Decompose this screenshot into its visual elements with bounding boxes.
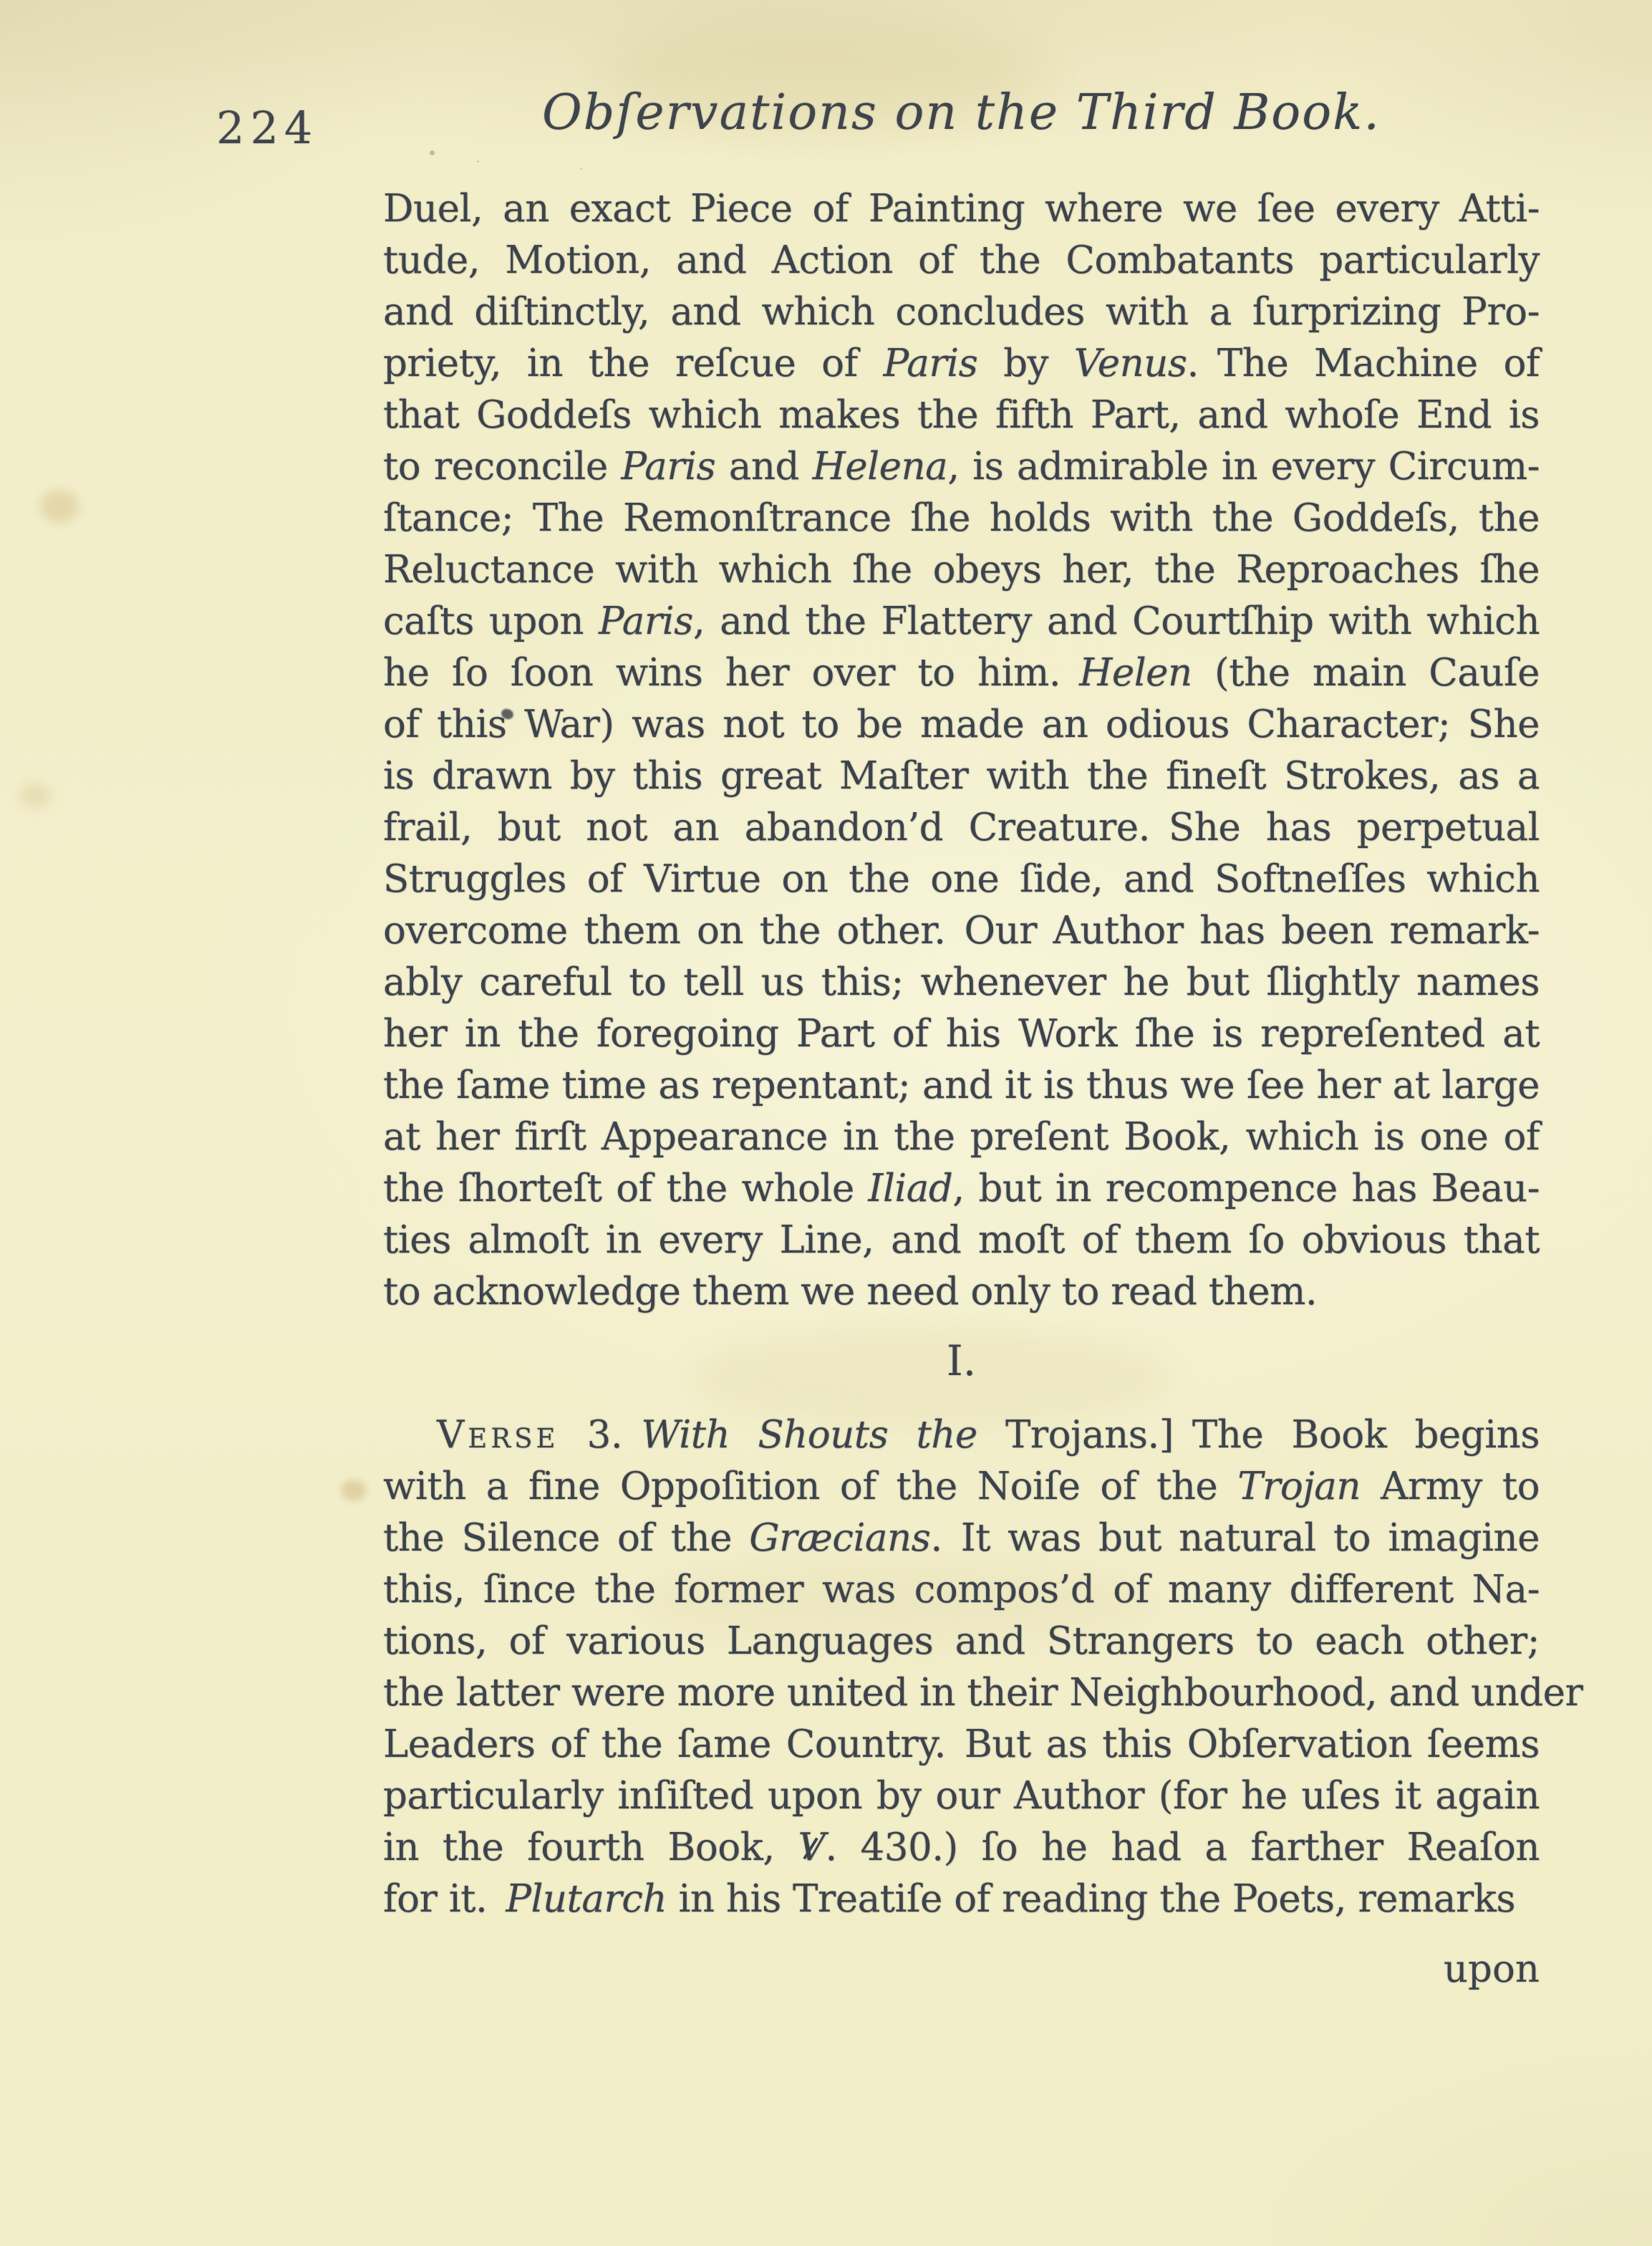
text-segment: to acknowledge them we need only to read… — [383, 1270, 1317, 1314]
text-line: to reconcile Paris and Helena, is admira… — [383, 441, 1540, 493]
text-line: particularly inſiſted upon by our Author… — [383, 1770, 1540, 1822]
text-segment: at her firſt Appearance in the preſent B… — [383, 1115, 1540, 1159]
italic-text: Helen — [1079, 651, 1192, 695]
text-segment: he ſo ſoon wins her over to him. — [383, 651, 1079, 695]
text-line: Struggles of Virtue on the one ſide, and… — [383, 854, 1540, 905]
foxing-spot — [341, 1480, 367, 1501]
italic-text: Paris — [621, 445, 715, 488]
text-line: priety, in the reſcue of Paris by Venus.… — [383, 338, 1540, 390]
italic-text: Græcians — [749, 1516, 930, 1560]
text-segment: is drawn by this great Maſter with the f… — [383, 754, 1540, 798]
scan-speckles — [430, 150, 435, 155]
text-segment: for it. — [383, 1877, 506, 1921]
text-segment: the Silence of the — [383, 1516, 749, 1560]
text-segment: caſts upon — [383, 599, 599, 643]
text-line: Leaders of the ſame Country. But as this… — [383, 1719, 1540, 1770]
text-line: is drawn by this great Maſter with the f… — [383, 751, 1540, 802]
text-segment: Leaders of the ſame Country. But as this… — [383, 1722, 1540, 1766]
text-segment: and — [715, 445, 812, 488]
small-caps-text: Verse — [437, 1413, 559, 1457]
text-segment: the ſame time as repentant; and it is th… — [383, 1064, 1540, 1107]
text-segment: to reconcile — [383, 445, 621, 488]
text-segment: . It was but natural to imagine — [930, 1516, 1540, 1560]
text-line: at her firſt Appearance in the preſent B… — [383, 1112, 1540, 1163]
text-line: that Goddeſs which makes the fifth Part,… — [383, 390, 1540, 441]
italic-text: Paris — [599, 599, 693, 643]
catchword-row: upon — [383, 1944, 1540, 1995]
text-segment: tude, Motion, and Action of the Combatan… — [383, 238, 1540, 282]
text-segment: priety, in the reſcue of — [383, 342, 883, 385]
text-line: Duel, an exact Piece of Painting where w… — [383, 183, 1540, 235]
text-segment: in his Treatiſe of reading the Poets, re… — [667, 1877, 1515, 1921]
text-segment: , but in recompence has Beau- — [952, 1167, 1540, 1210]
text-segment: with a fine Oppoſition of the Noiſe of t… — [383, 1465, 1237, 1508]
text-segment: (the main Cauſe — [1192, 651, 1540, 695]
text-segment: of this War) was not to be made an odiou… — [383, 703, 1540, 746]
text-line: her in the foregoing Part of his Work ſh… — [383, 1008, 1540, 1060]
text-segment: Trojans.] The Book begins — [1005, 1413, 1540, 1457]
text-line: overcome them on the other. Our Author h… — [383, 905, 1540, 957]
text-segment: the latter were more united in their Nei… — [383, 1671, 1583, 1715]
text-line: tions, of various Languages and Stranger… — [383, 1616, 1540, 1667]
text-line: frail, but not an abandon’d Creature. Sh… — [383, 802, 1540, 854]
italic-text: Paris — [883, 342, 977, 385]
text-segment: in the fourth Book, — [383, 1826, 798, 1869]
text-line: Reluctance with which ſhe obeys her, the… — [383, 544, 1540, 596]
text-line: the Silence of the Græcians. It was but … — [383, 1513, 1540, 1564]
text-segment: frail, but not an abandon’d Creature. Sh… — [383, 806, 1540, 849]
text-column: Duel, an exact Piece of Painting where w… — [383, 183, 1540, 1995]
text-line: in the fourth Book, V. 430.) ſo he had a… — [383, 1822, 1540, 1874]
text-segment: Duel, an exact Piece of Painting where w… — [383, 187, 1540, 231]
text-line: of this War) was not to be made an odiou… — [383, 699, 1540, 751]
paragraph-1: Duel, an exact Piece of Painting where w… — [383, 183, 1540, 1318]
text-line: the ſhorteſt of the whole Iliad, but in … — [383, 1163, 1540, 1215]
text-line: the latter were more united in their Nei… — [383, 1667, 1540, 1719]
text-segment: by — [977, 342, 1073, 385]
text-segment: and diſtinctly, and which concludes with… — [383, 290, 1540, 334]
italic-text: Iliad — [868, 1167, 952, 1210]
italic-text: Trojan — [1237, 1465, 1361, 1508]
text-segment: 3. — [559, 1413, 642, 1457]
text-segment: . 430.) ſo he had a farther Reaſon — [825, 1826, 1540, 1869]
text-line: this, ſince the former was compos’d of m… — [383, 1564, 1540, 1616]
page-number: 224 — [216, 102, 318, 154]
text-segment: ſtance; The Remonſtrance ſhe holds with … — [383, 496, 1540, 540]
text-segment: Army to — [1361, 1465, 1540, 1508]
text-segment: , and the Flattery and Courtſhip with wh… — [693, 599, 1540, 643]
text-line: with a fine Oppoſition of the Noiſe of t… — [383, 1461, 1540, 1513]
text-line: ties almoſt in every Line, and moſt of t… — [383, 1215, 1540, 1266]
text-segment: tions, of various Languages and Stranger… — [383, 1619, 1540, 1663]
text-line: for it. Plutarch in his Treatiſe of read… — [383, 1874, 1540, 1925]
running-title: Obſervations on the Third Book. — [383, 85, 1540, 141]
text-segment: Struggles of Virtue on the one ſide, and… — [383, 857, 1540, 901]
text-line: tude, Motion, and Action of the Combatan… — [383, 235, 1540, 286]
text-segment: , is admirable in every Circum- — [947, 445, 1540, 488]
section-heading: I. — [383, 1335, 1540, 1387]
text-line: Verse 3. With Shouts the Trojans.] The B… — [383, 1409, 1540, 1461]
scanned-book-page: 224 Obſervations on the Third Book. Duel… — [0, 0, 1652, 2246]
italic-text: With Shouts the — [641, 1413, 1005, 1457]
text-line: caſts upon Paris, and the Flattery and C… — [383, 596, 1540, 647]
text-segment: that Goddeſs which makes the fifth Part,… — [383, 393, 1540, 437]
text-segment: overcome them on the other. Our Author h… — [383, 909, 1540, 953]
text-segment: this, ſince the former was compos’d of m… — [383, 1568, 1540, 1611]
italic-text: Plutarch — [506, 1877, 667, 1921]
text-segment: particularly inſiſted upon by our Author… — [383, 1774, 1540, 1818]
italic-text: Venus — [1074, 342, 1187, 385]
text-segment: the ſhorteſt of the whole — [383, 1167, 868, 1210]
text-segment: Reluctance with which ſhe obeys her, the… — [383, 548, 1540, 592]
paragraph-2: Verse 3. With Shouts the Trojans.] The B… — [383, 1409, 1540, 1925]
text-line: he ſo ſoon wins her over to him. Helen (… — [383, 647, 1540, 699]
foxing-spot — [20, 784, 50, 808]
text-line: to acknowledge them we need only to read… — [383, 1266, 1540, 1318]
text-line: the ſame time as repentant; and it is th… — [383, 1060, 1540, 1112]
text-segment: ties almoſt in every Line, and moſt of t… — [383, 1218, 1540, 1262]
catchword: upon — [1444, 1947, 1540, 1991]
text-segment: ably careful to tell us this; whenever h… — [383, 960, 1540, 1004]
text-line: and diſtinctly, and which concludes with… — [383, 286, 1540, 338]
text-segment: her in the foregoing Part of his Work ſh… — [383, 1012, 1540, 1056]
text-line: ably careful to tell us this; whenever h… — [383, 957, 1540, 1008]
italic-text: Helena — [813, 445, 948, 488]
text-segment: . The Machine of — [1187, 342, 1540, 385]
foxing-spot — [40, 490, 79, 523]
text-line: ſtance; The Remonſtrance ſhe holds with … — [383, 493, 1540, 544]
versicle-mark: V — [798, 1822, 826, 1874]
